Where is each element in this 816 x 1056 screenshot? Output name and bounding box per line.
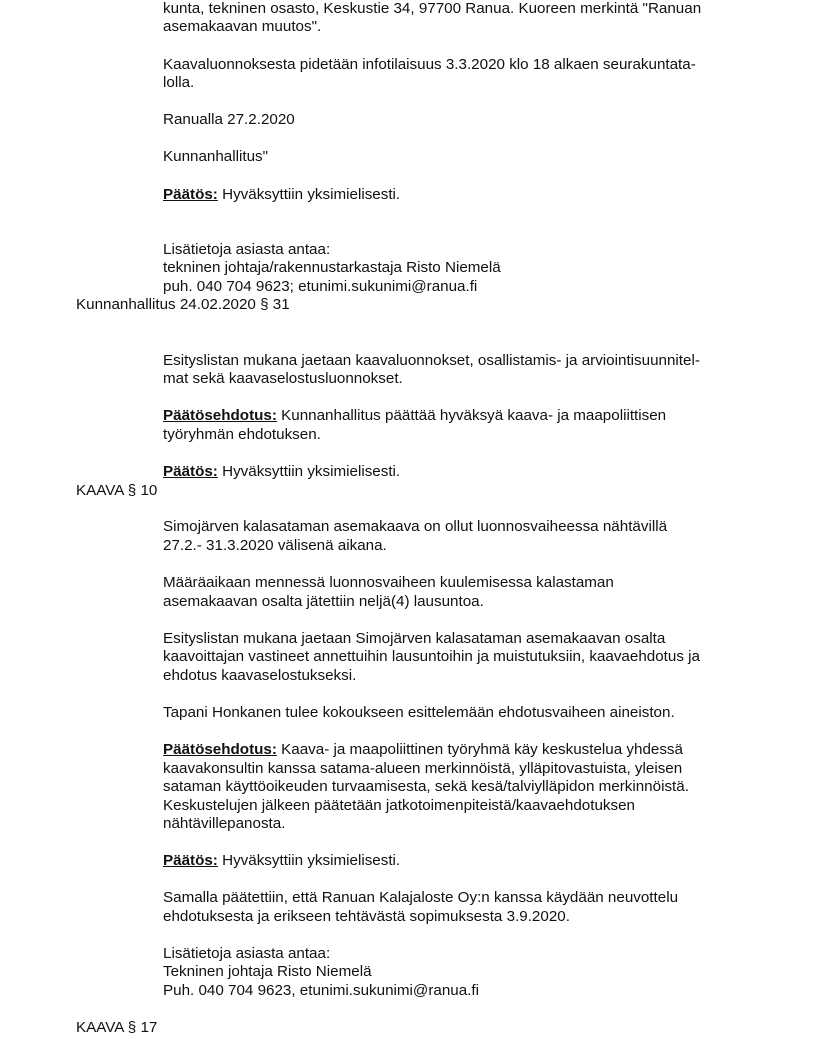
decision-label: Päätös: xyxy=(163,852,218,869)
paragraph-line: Simojärven kalasataman asemakaava on oll… xyxy=(163,518,667,536)
decision-text: Hyväksyttiin yksimielisesti. xyxy=(218,852,400,869)
decision: Päätös: Hyväksyttiin yksimielisesti. xyxy=(163,852,400,870)
proposal-text: Kaava- ja maapoliittinen työryhmä käy ke… xyxy=(277,741,683,758)
decision-text: Hyväksyttiin yksimielisesti. xyxy=(218,186,400,203)
paragraph-line: 27.2.- 31.3.2020 välisenä aikana. xyxy=(163,537,387,555)
section-heading: KAAVA § 10 xyxy=(76,482,157,500)
signer: Kunnanhallitus" xyxy=(163,148,268,166)
paragraph-line: kunta, tekninen osasto, Keskustie 34, 97… xyxy=(163,0,701,18)
paragraph-line: Tapani Honkanen tulee kokoukseen esittel… xyxy=(163,704,675,722)
paragraph-line: ehdotus kaavaselostukseksi. xyxy=(163,667,356,685)
contact-line: puh. 040 704 9623; etunimi.sukunimi@ranu… xyxy=(163,278,477,296)
proposal-line: työryhmän ehdotuksen. xyxy=(163,426,321,444)
paragraph-line: asemakaavan osalta jätettiin neljä(4) la… xyxy=(163,593,484,611)
paragraph-line: mat sekä kaavaselostusluonnokset. xyxy=(163,370,403,388)
contact-line: Tekninen johtaja Risto Niemelä xyxy=(163,963,372,981)
paragraph-line: Määräaikaan mennessä luonnosvaiheen kuul… xyxy=(163,574,614,592)
paragraph-line: Samalla päätettiin, että Ranuan Kalajalo… xyxy=(163,889,678,907)
paragraph-line: Kaavaluonnoksesta pidetään infotilaisuus… xyxy=(163,56,696,74)
paragraph-line: asemakaavan muutos". xyxy=(163,18,321,36)
decision: Päätös: Hyväksyttiin yksimielisesti. xyxy=(163,186,400,204)
proposal-label: Päätösehdotus: xyxy=(163,741,277,758)
decision-label: Päätös: xyxy=(163,463,218,480)
proposal: Päätösehdotus: Kaava- ja maapoliittinen … xyxy=(163,741,683,759)
contact-line: tekninen johtaja/rakennustarkastaja Rist… xyxy=(163,259,501,277)
paragraph-line: Esityslistan mukana jaetaan Simojärven k… xyxy=(163,630,665,648)
proposal-line: nähtävillepanosta. xyxy=(163,815,285,833)
contact-line: Lisätietoja asiasta antaa: xyxy=(163,241,330,259)
paragraph-line: ehdotuksesta ja erikseen tehtävästä sopi… xyxy=(163,908,570,926)
proposal-line: Keskustelujen jälkeen päätetään jatkotoi… xyxy=(163,797,635,815)
paragraph-line: lolla. xyxy=(163,74,194,92)
proposal: Päätösehdotus: Kunnanhallitus päättää hy… xyxy=(163,407,666,425)
decision-text: Hyväksyttiin yksimielisesti. xyxy=(218,463,400,480)
paragraph-line: kaavoittajan vastineet annettuihin lausu… xyxy=(163,648,700,666)
section-heading: KAAVA § 17 xyxy=(76,1019,157,1037)
contact-line: Lisätietoja asiasta antaa: xyxy=(163,945,330,963)
proposal-line: sataman käyttöoikeuden turvaamisesta, se… xyxy=(163,778,689,796)
proposal-line: kaavakonsultin kanssa satama-alueen merk… xyxy=(163,760,682,778)
proposal-label: Päätösehdotus: xyxy=(163,407,277,424)
paragraph-line: Esityslistan mukana jaetaan kaavaluonnok… xyxy=(163,352,700,370)
decision: Päätös: Hyväksyttiin yksimielisesti. xyxy=(163,463,400,481)
contact-line: Puh. 040 704 9623, etunimi.sukunimi@ranu… xyxy=(163,982,479,1000)
place-date: Ranualla 27.2.2020 xyxy=(163,111,295,129)
decision-label: Päätös: xyxy=(163,186,218,203)
proposal-text: Kunnanhallitus päättää hyväksyä kaava- j… xyxy=(277,407,666,424)
section-heading: Kunnanhallitus 24.02.2020 § 31 xyxy=(76,296,290,314)
